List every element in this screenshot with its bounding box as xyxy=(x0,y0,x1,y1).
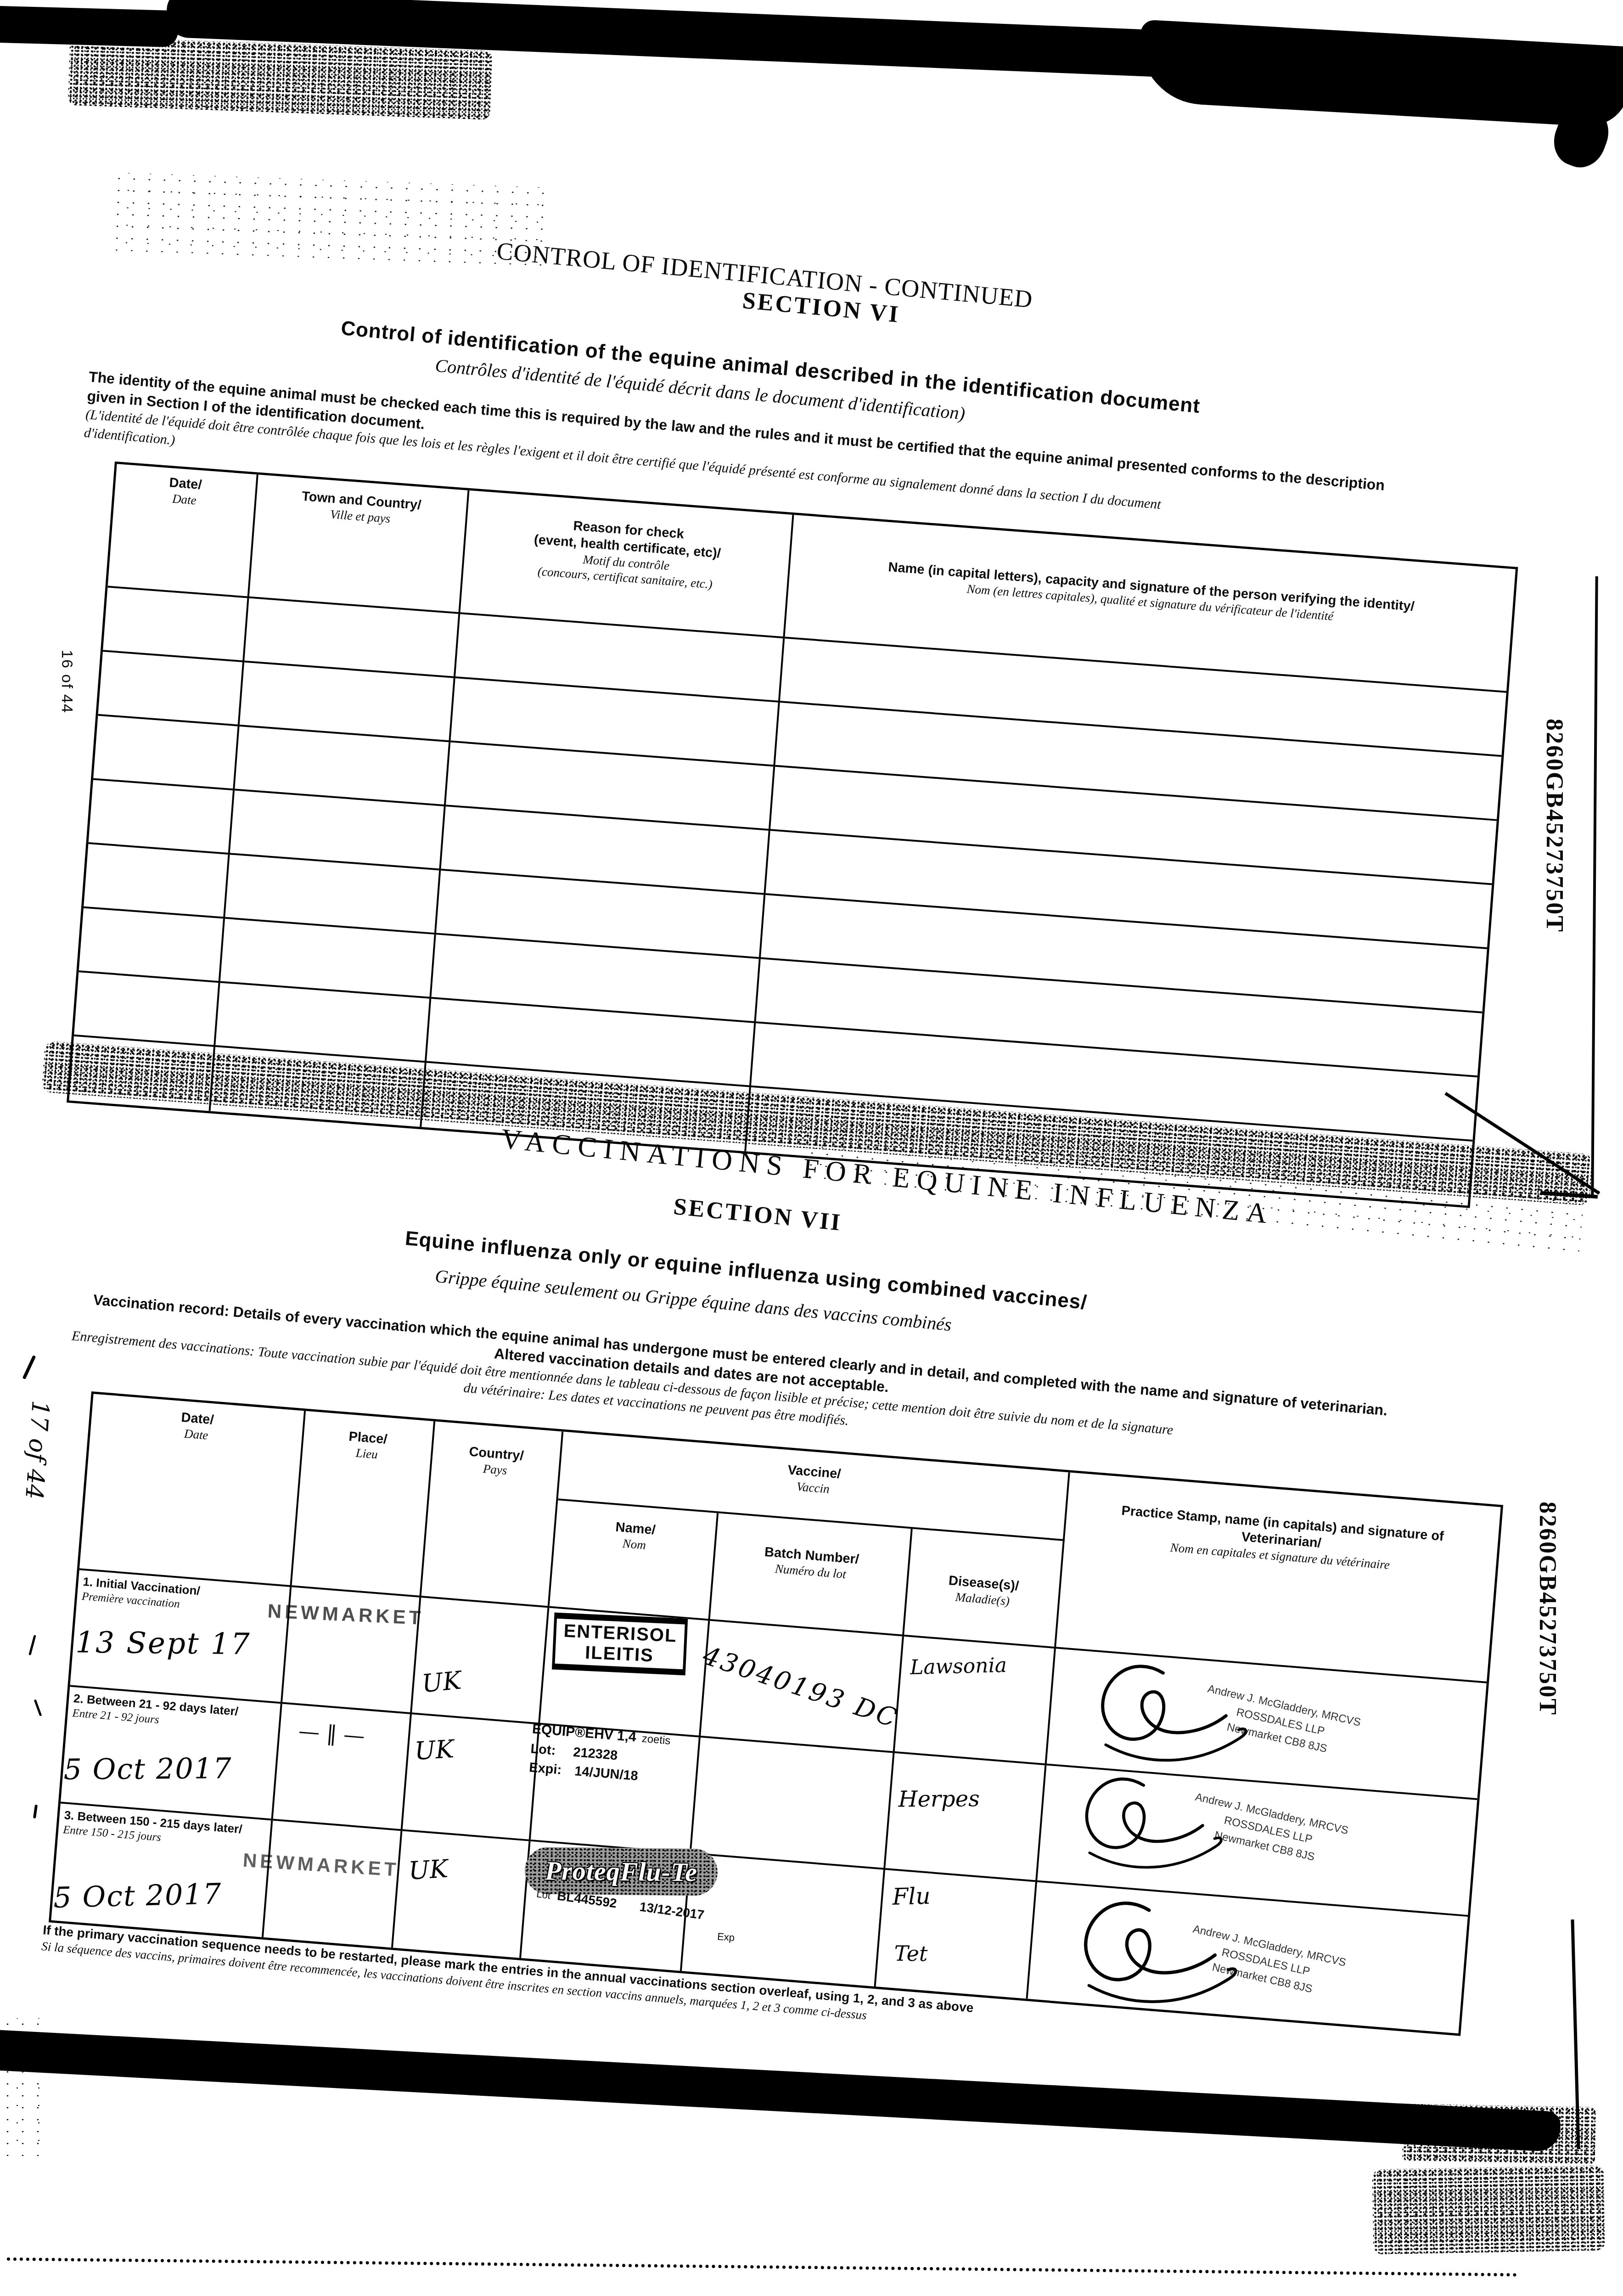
scan-artifact-speckle xyxy=(109,172,552,265)
vii-row1-date-cell: 1. Initial Vaccination/ Première vaccina… xyxy=(70,1570,292,1704)
margin-mark xyxy=(28,1635,36,1655)
vi-header-date: Date/ Date xyxy=(107,464,258,598)
lot-label: Lot xyxy=(536,1888,551,1901)
handwritten-date: 5 Oct 2017 xyxy=(53,1877,222,1914)
page-number-vii-handwritten: 17 of 44 xyxy=(20,1400,54,1501)
handwritten-disease: Flu xyxy=(892,1883,931,1910)
empty-cell xyxy=(84,844,230,919)
expiry-label: Expi: xyxy=(528,1760,562,1778)
empty-cell xyxy=(93,716,239,791)
handwritten-disease: Lawsonia xyxy=(910,1654,1007,1679)
vii-row2-batch-cell xyxy=(691,1738,894,1870)
scan-edge-line xyxy=(1591,576,1598,1196)
handwritten-batch-number: 43040193 DC xyxy=(699,1641,902,1734)
empty-cell xyxy=(98,652,244,726)
vii-header-batch-number: Batch Number/ Numéro du lot xyxy=(710,1513,913,1636)
margin-mark xyxy=(34,1699,42,1716)
vaccination-table: Date/ Date Place/ Lieu Country/ Pays Vac… xyxy=(49,1391,1503,2036)
scan-artifact-dotted-line xyxy=(7,2257,1517,2276)
document-code-right-top: 8260GB45273750T xyxy=(1541,719,1568,933)
empty-cell xyxy=(79,908,225,983)
vaccine-brand: zoetis xyxy=(641,1733,671,1747)
vii-row2-place-cell: — ‖ — xyxy=(273,1704,412,1831)
vii-row1-country-cell: UK xyxy=(412,1598,549,1725)
vaccine-stamp-name: ProteqFlu-Te xyxy=(545,1856,698,1887)
expiry-date: 14/JUN/18 xyxy=(574,1764,639,1784)
vii-header-vaccine-name: Name/ Nom xyxy=(549,1500,718,1621)
scan-artifact-speckle xyxy=(68,36,493,120)
lot-label: Lot: xyxy=(530,1741,556,1758)
margin-mark xyxy=(33,1805,38,1819)
scan-artifact-band xyxy=(1137,19,1623,128)
margin-mark xyxy=(22,1355,36,1379)
empty-cell xyxy=(103,588,249,663)
vii-row2-country-cell: UK xyxy=(403,1714,540,1841)
vii-row1-vaccine-name-cell: ENTERISOL ILEITIS xyxy=(540,1608,710,1738)
scan-artifact-speckle xyxy=(1402,2104,1596,2164)
vii-header-country: Country/ Pays xyxy=(421,1421,564,1608)
scanned-passport-page: 16 of 44 8260GB45273750T 8260GB45273750T… xyxy=(0,0,1623,2296)
vi-header-reason: Reason for check (event, health certific… xyxy=(460,490,794,638)
handwritten-disease: Herpes xyxy=(898,1786,979,1812)
empty-cell xyxy=(88,780,234,855)
vii-row3-vaccine-name-cell: ProteqFlu-Te Lot BL445592 13/12-2017 Exp xyxy=(521,1841,691,1971)
vii-row3-country-cell: UK xyxy=(393,1831,530,1958)
vii-row3-batch-cell xyxy=(681,1854,885,1986)
scan-artifact-speckle xyxy=(0,2018,41,2156)
vii-row1-place-cell: NEWMARKET xyxy=(282,1587,421,1714)
empty-cell xyxy=(74,972,220,1047)
vii-row2-date-cell: 2. Between 21 - 92 days later/ Entre 21 … xyxy=(61,1687,282,1820)
handwritten-ditto: — ‖ — xyxy=(298,1718,365,1748)
vii-header-disease: Disease(s)/ Maladie(s) xyxy=(904,1529,1065,1649)
vaccine-name-stamp-box: ENTERISOL ILEITIS xyxy=(552,1613,688,1676)
page-number-vi: 16 of 44 xyxy=(58,650,76,714)
handwritten-country: UK xyxy=(421,1666,462,1698)
vii-row3-place-cell: NEWMARKET xyxy=(264,1821,402,1948)
handwritten-disease: Tet xyxy=(894,1941,927,1966)
handwritten-country: UK xyxy=(414,1734,455,1766)
vii-row3-date-cell: 3. Between 150 - 215 days later/ Entre 1… xyxy=(51,1804,273,1937)
vii-header-practice-stamp: Practice Stamp, name (in capitals) and s… xyxy=(1056,1473,1501,1683)
vii-row2-disease-cell: Herpes xyxy=(885,1753,1046,1882)
vii-row2-vaccine-name-cell: EQUIP®EHV 1,4 zoetis Lot: 212328 Expi: 1… xyxy=(531,1725,701,1854)
handwritten-date: 13 Sept 17 xyxy=(75,1626,251,1661)
document-code-right-bottom: 8260GB45273750T xyxy=(1534,1502,1561,1716)
place-stamp: NEWMARKET xyxy=(267,1600,424,1629)
handwritten-country: UK xyxy=(408,1854,449,1885)
lot-number: 212328 xyxy=(573,1745,618,1763)
handwritten-date: 5 Oct 2017 xyxy=(63,1751,232,1786)
vii-row3-disease-cell: Flu Tet xyxy=(876,1870,1037,1999)
vii-header-place: Place/ Lieu xyxy=(292,1411,436,1598)
vii-row1-batch-cell: 43040193 DC xyxy=(700,1621,904,1753)
vii-header-date: Date/ Date xyxy=(79,1394,306,1587)
vi-header-town-country: Town and Country/ Ville et pays xyxy=(249,474,469,614)
scan-artifact-speckle xyxy=(1372,2166,1605,2255)
section-vii-label: SECTION VII xyxy=(672,1193,843,1237)
vii-row1-disease-cell: Lawsonia xyxy=(894,1637,1056,1766)
